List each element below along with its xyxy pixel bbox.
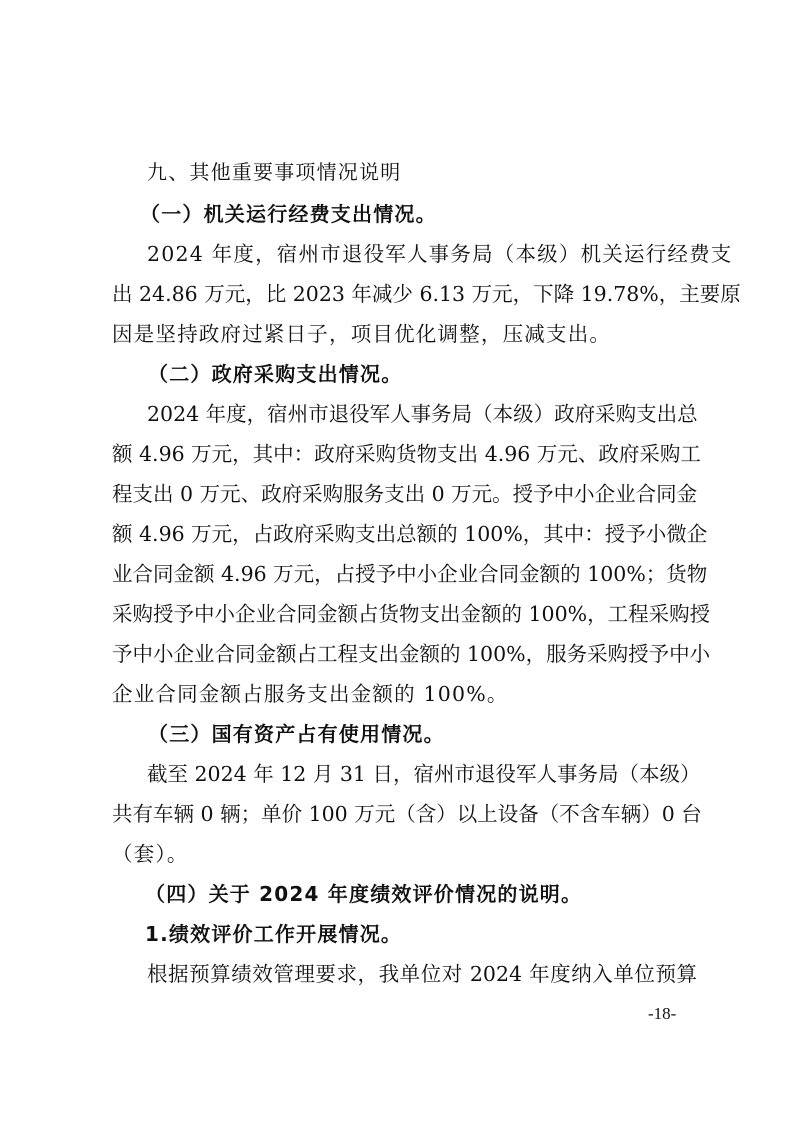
subsection-heading-1: （一）机关运行经费支出情况。 bbox=[140, 196, 725, 232]
subsection-heading-2: （二）政府采购支出情况。 bbox=[148, 356, 733, 392]
subsection-heading-3: （三）国有资产占有使用情况。 bbox=[148, 716, 733, 752]
section-title: 九、其他重要事项情况说明 bbox=[147, 154, 732, 190]
paragraph-line: 业合同金额 4.96 万元，占授予中小企业合同金额的 100%；货物 bbox=[112, 556, 697, 592]
paragraph-line: 企业合同金额占服务支出金额的 100%。 bbox=[112, 676, 697, 712]
paragraph-line: 额 4.96 万元，占政府采购支出总额的 100%，其中：授予小微企 bbox=[112, 516, 697, 552]
document-page: 九、其他重要事项情况说明 （一）机关运行经费支出情况。 2024 年度，宿州市退… bbox=[0, 0, 793, 1122]
subsection-heading-4: （四）关于 2024 年度绩效评价情况的说明。 bbox=[145, 876, 730, 912]
paragraph-line: 予中小企业合同金额占工程支出金额的 100%，服务采购授予中小 bbox=[112, 636, 697, 672]
paragraph-line: 出 24.86 万元，比 2023 年减少 6.13 万元，下降 19.78%，… bbox=[112, 276, 697, 312]
paragraph-line: 截至 2024 年 12 月 31 日，宿州市退役军人事务局（本级） bbox=[147, 756, 697, 792]
paragraph-line: 程支出 0 万元、政府采购服务支出 0 万元。授予中小企业合同金 bbox=[112, 476, 697, 512]
paragraph-line: 2024 年度，宿州市退役军人事务局（本级）政府采购支出总 bbox=[147, 396, 697, 432]
paragraph-line: 2024 年度，宿州市退役军人事务局（本级）机关运行经费支 bbox=[147, 236, 697, 272]
paragraph-line: 因是坚持政府过紧日子，项目优化调整，压减支出。 bbox=[112, 316, 697, 352]
paragraph-line: 采购授予中小企业合同金额占货物支出金额的 100%，工程采购授 bbox=[112, 596, 697, 632]
paragraph-line: 根据预算绩效管理要求，我单位对 2024 年度纳入单位预算 bbox=[147, 956, 697, 992]
paragraph-line: （套）。 bbox=[112, 836, 697, 872]
subsection-subheading: 1.绩效评价工作开展情况。 bbox=[145, 916, 730, 952]
paragraph-line: 共有车辆 0 辆；单价 100 万元（含）以上设备（不含车辆）0 台 bbox=[112, 796, 697, 832]
paragraph-line: 额 4.96 万元，其中：政府采购货物支出 4.96 万元、政府采购工 bbox=[112, 436, 697, 472]
page-number: -18- bbox=[648, 1002, 676, 1026]
